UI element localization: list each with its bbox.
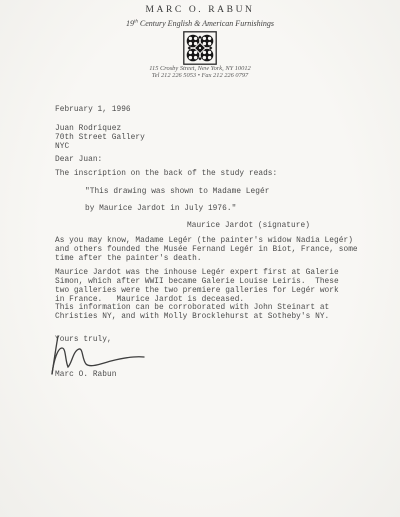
quote-line-2: by Maurice Jardot in July 1976." (85, 205, 236, 214)
letterhead-name: MARC O. RABUN (0, 5, 400, 15)
recipient-block: Juan Rodriquez 70th Street Gallery NYC (55, 125, 145, 152)
paragraph-2: Maurice Jardot was the inhouse Legér exp… (55, 269, 339, 305)
letterhead-address: 115 Crosby Street, New York, NY 10012 Te… (0, 65, 400, 79)
signed-name: Marc O. Rabun (55, 371, 116, 380)
tagline-prefix: 19 (126, 19, 134, 28)
intro-line: The inscription on the back of the study… (55, 170, 277, 179)
paragraph-3: This information can be corroborated wit… (55, 304, 329, 322)
tagline-rest: Century English & American Furnishings (138, 19, 274, 28)
paragraph-1: As you may know, Madame Legér (the paint… (55, 237, 358, 264)
letter-page: MARC O. RABUN 19th Century English & Ame… (0, 0, 400, 517)
quote-line-1: "This drawing was shown to Madame Legér (85, 188, 269, 197)
date-line: February 1, 1996 (55, 106, 131, 115)
quote-attribution: Maurice Jardot (signature) (187, 222, 310, 231)
quatrefoil-rosette-logo-icon (183, 31, 217, 65)
salutation: Dear Juan: (55, 156, 102, 165)
letterhead-tagline: 19th Century English & American Furnishi… (0, 19, 400, 28)
